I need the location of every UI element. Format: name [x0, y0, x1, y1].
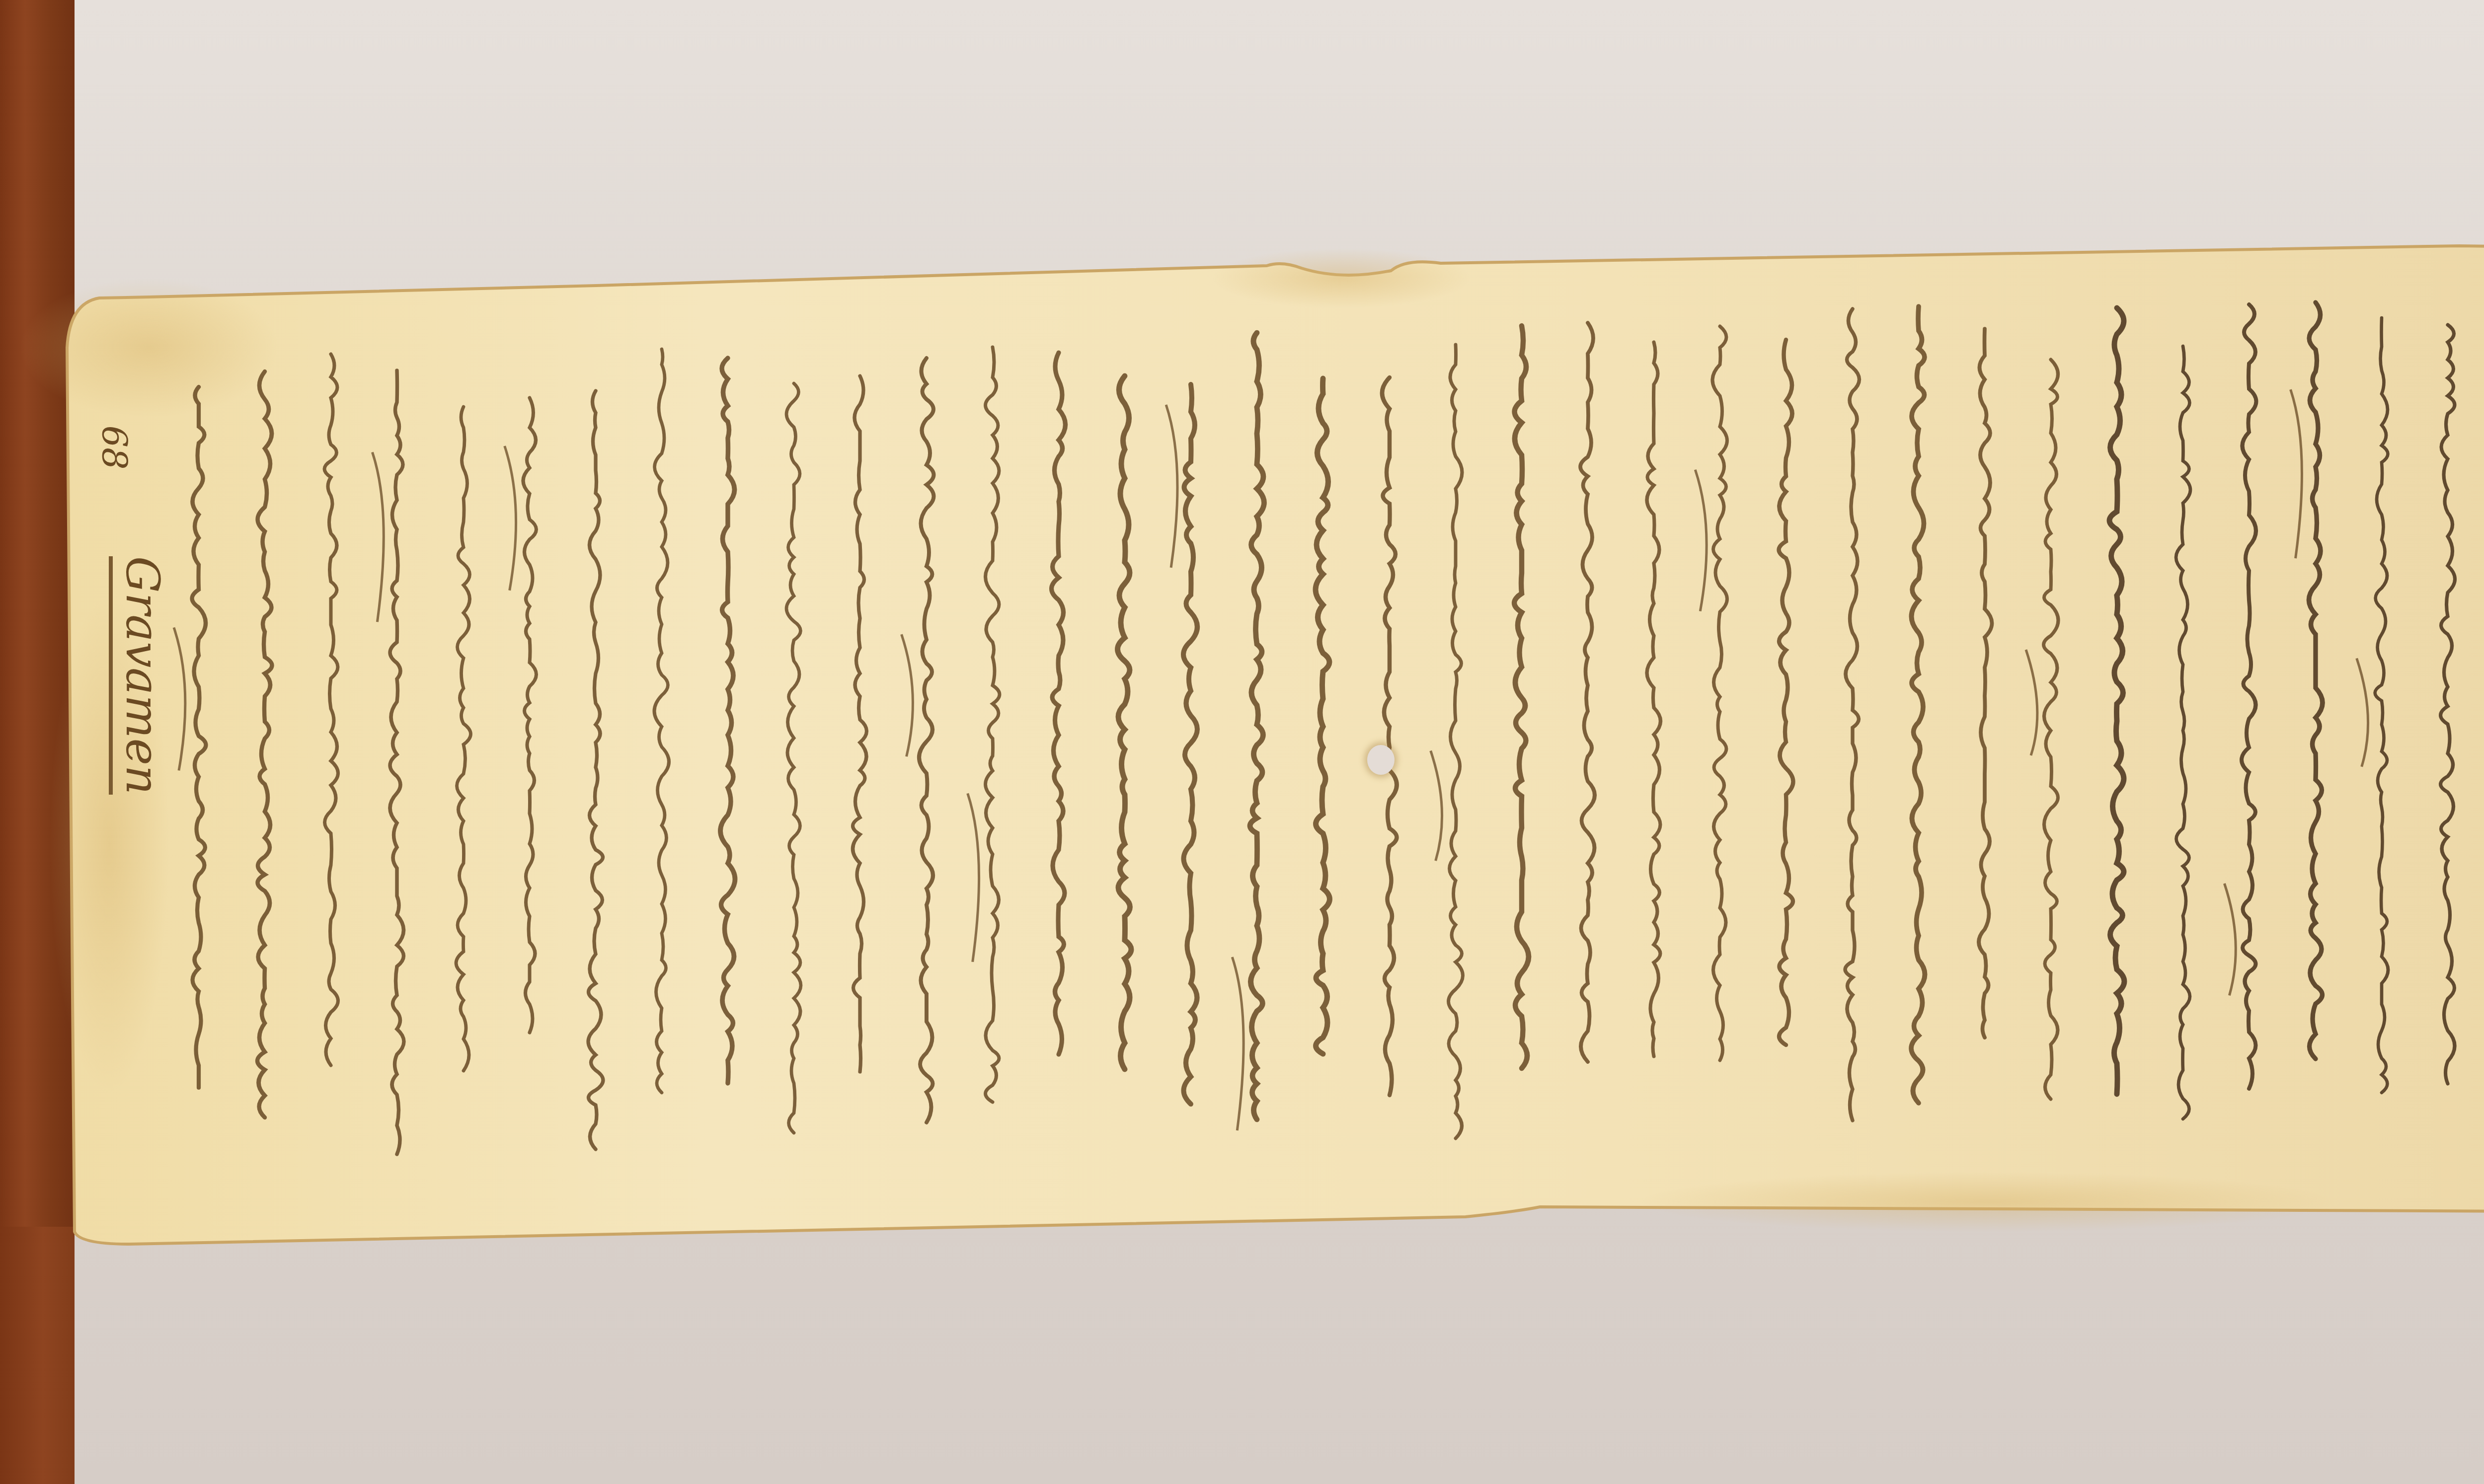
handwritten-line	[1779, 340, 1793, 1045]
handwritten-line	[654, 349, 669, 1093]
handwritten-line	[1250, 333, 1264, 1119]
ink-flourish	[1166, 405, 1177, 568]
handwritten-line	[1183, 384, 1197, 1104]
handwritten-line	[2044, 360, 2059, 1099]
handwritten-line	[456, 407, 471, 1071]
ink-flourish	[2224, 884, 2236, 995]
ink-flourish	[2026, 650, 2037, 755]
handwritten-line	[1580, 323, 1595, 1062]
handwritten-line	[853, 376, 867, 1072]
handwritten-line	[257, 371, 272, 1117]
handwritten-line	[2109, 308, 2124, 1094]
page-number: 68	[94, 425, 135, 469]
handwritten-line	[1316, 378, 1330, 1054]
handwritten-line	[2176, 346, 2190, 1119]
paper-hole	[1367, 745, 1395, 775]
handwritten-line	[1514, 326, 1529, 1068]
ink-flourish	[1695, 470, 1707, 611]
handwritten-line	[986, 347, 1000, 1102]
handwritten-line	[523, 398, 537, 1033]
handwritten-line	[2242, 304, 2256, 1089]
handwritten-line	[1449, 345, 1463, 1138]
ink-flourish	[2357, 659, 2368, 767]
handwritten-line	[720, 358, 735, 1083]
ink-flourish	[174, 628, 185, 771]
handwriting-strokes	[0, 0, 2484, 1484]
heading: Gravamen	[109, 556, 169, 795]
ink-flourish	[1431, 751, 1442, 861]
ink-flourish	[968, 794, 979, 962]
handwritten-line	[324, 354, 338, 1065]
handwritten-line	[588, 391, 603, 1149]
handwritten-line	[1911, 306, 1925, 1103]
handwritten-line	[2309, 302, 2323, 1059]
handwritten-line	[1382, 377, 1397, 1095]
handwritten-line	[919, 358, 934, 1122]
ink-flourish	[505, 446, 516, 591]
handwritten-line	[1118, 376, 1132, 1069]
handwritten-line	[390, 371, 404, 1154]
ink-flourish	[1232, 957, 1243, 1130]
handwritten-line	[1647, 342, 1661, 1056]
handwritten-line	[1979, 329, 1992, 1038]
ink-flourish	[902, 634, 913, 756]
ink-flourish	[372, 452, 384, 622]
handwritten-line	[786, 383, 801, 1133]
handwritten-line	[2375, 318, 2389, 1093]
handwritten-line	[1845, 309, 1860, 1120]
handwritten-line	[1712, 326, 1727, 1060]
ink-flourish	[2291, 389, 2302, 558]
handwritten-line	[2441, 325, 2455, 1084]
handwritten-line	[1052, 353, 1066, 1054]
handwritten-line	[192, 387, 206, 1088]
